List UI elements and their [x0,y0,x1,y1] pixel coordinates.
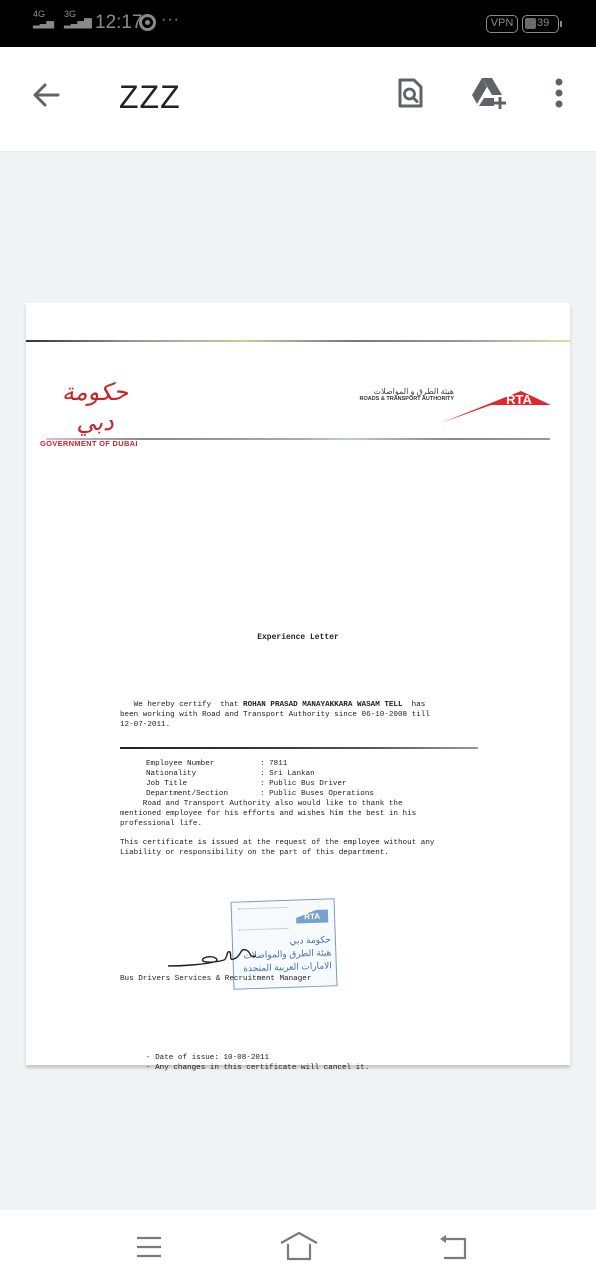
detail-value: Public Bus Driver [260,779,347,789]
back-nav-button[interactable] [436,1232,470,1262]
section-divider [120,747,478,749]
battery-icon: 39 [522,15,559,33]
back-icon [436,1232,470,1262]
system-navigation-bar [0,1210,596,1280]
note-item: Any changes in this certificate will can… [146,1063,369,1073]
gov-logo-english: GOVERNMENT OF DUBAI [40,439,150,448]
detail-label: Employee Number [146,759,260,769]
document-viewer[interactable]: حكومة دبي GOVERNMENT OF DUBAI هيئة الطرق… [0,152,596,1210]
detail-row: Department/Section Public Buses Operatio… [120,789,490,799]
stamp-rta-logo: RTA [296,909,328,923]
detail-value: Sri Lankan [260,769,315,779]
detail-row: Nationality Sri Lankan [120,769,490,779]
detail-value: 7811 [260,759,287,769]
recents-icon [134,1234,164,1260]
detail-row: Employee Number 7811 [120,759,490,769]
detail-label: Nationality [146,769,260,779]
battery-level: 39 [537,17,549,29]
document-heading: Experience Letter [26,633,570,642]
detail-row: Job Title Public Bus Driver [120,779,490,789]
chrome-icon [139,14,156,31]
app-bar: ZZZ [0,47,596,152]
signal-3g-icon: 3G ▂▃▅▇ [64,10,91,28]
para1-suffix: has [403,701,426,709]
svg-text:RTA: RTA [506,392,532,407]
disclaimer-paragraph: This certificate is issued at the reques… [120,838,490,858]
para1-line3: 12-07-2011. [120,721,170,729]
notes-list: Date of issue: 10-08-2011 Any changes in… [146,1053,369,1073]
arrow-back-icon [28,77,64,113]
add-to-drive-button[interactable] [468,75,510,111]
signature-icon [166,944,276,970]
back-button[interactable] [28,77,64,113]
vpn-badge: VPN [486,15,518,33]
certification-paragraph: We hereby certify that ROHAN PRASAD MANA… [120,700,480,731]
signatory-title: Bus Drivers Services & Recruitment Manag… [120,975,311,983]
stamp-lines [238,907,289,931]
detail-label: Department/Section [146,789,260,799]
rta-logo-icon: RTA [441,389,551,425]
top-rule [26,340,570,342]
thank-you-paragraph: Road and Transport Authority also would … [120,799,490,829]
note-item: Date of issue: 10-08-2011 [146,1053,369,1063]
recents-button[interactable] [134,1234,164,1260]
para1-line2: been working with Road and Transport Aut… [120,711,430,719]
rta-english-name: ROADS & TRANSPORT AUTHORITY [346,396,454,402]
gov-logo-arabic: حكومة دبي [40,377,150,437]
document-page[interactable]: حكومة دبي GOVERNMENT OF DUBAI هيئة الطرق… [26,303,570,1065]
rta-name-block: هيئة الطرق و المواصلات ROADS & TRANSPORT… [346,387,454,402]
more-options-button[interactable] [546,75,572,111]
more-notifications-icon: ··· [161,11,180,29]
home-button[interactable] [278,1230,320,1264]
status-bar: 4G ▂▃▅ 3G ▂▃▅▇ 12:17 ··· VPN 39 [0,0,596,47]
find-in-page-icon [392,75,428,111]
employee-details: Employee Number 7811 Nationality Sri Lan… [120,759,490,858]
detail-label: Job Title [146,779,260,789]
header-rule [46,438,550,440]
document-title: ZZZ [119,79,181,116]
drive-add-icon [468,75,510,111]
more-vert-icon [546,75,572,111]
signal-4g-icon: 4G ▂▃▅ [33,10,53,28]
find-in-page-button[interactable] [392,75,428,111]
employee-name: ROHAN PRASAD MANAYAKKARA WASAM TELL [243,701,403,709]
clock: 12:17 [95,12,143,34]
para1-prefix: We hereby certify that [120,701,243,709]
detail-value: Public Buses Operations [260,789,374,799]
rta-arabic-name: هيئة الطرق و المواصلات [346,387,454,396]
home-icon [278,1230,320,1264]
